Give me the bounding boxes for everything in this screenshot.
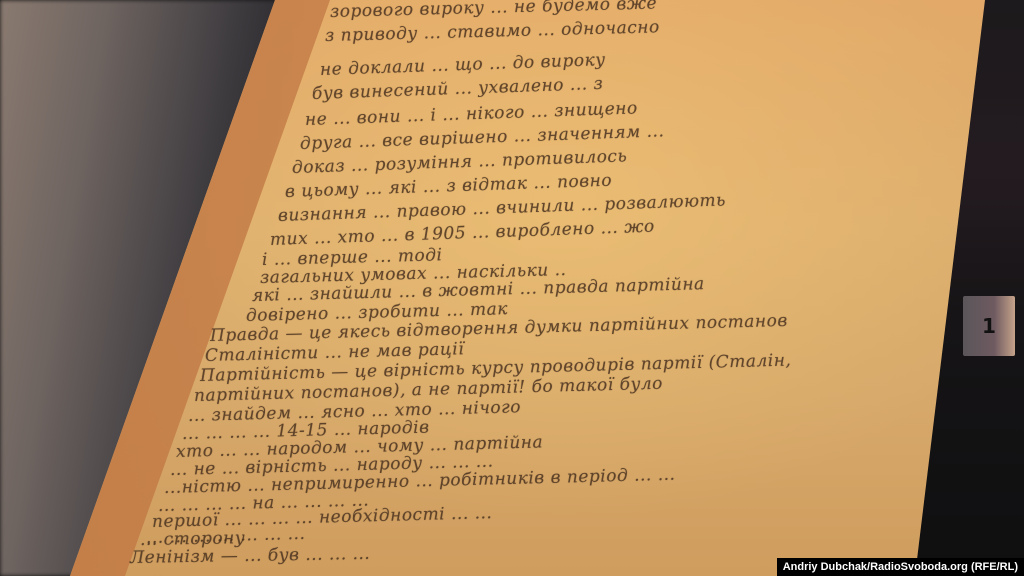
photo-credit: Andriy Dubchak/RadioSvoboda.org (RFE/RL)	[777, 558, 1024, 576]
handwritten-line: з приводу ... ставимо ... одночасно	[325, 17, 660, 46]
exhibit-number-label: 1	[963, 296, 1015, 356]
handwritten-line: Ленінізм — ... був ... ... ...	[130, 544, 371, 568]
handwritten-line: ... ...	[122, 563, 164, 576]
